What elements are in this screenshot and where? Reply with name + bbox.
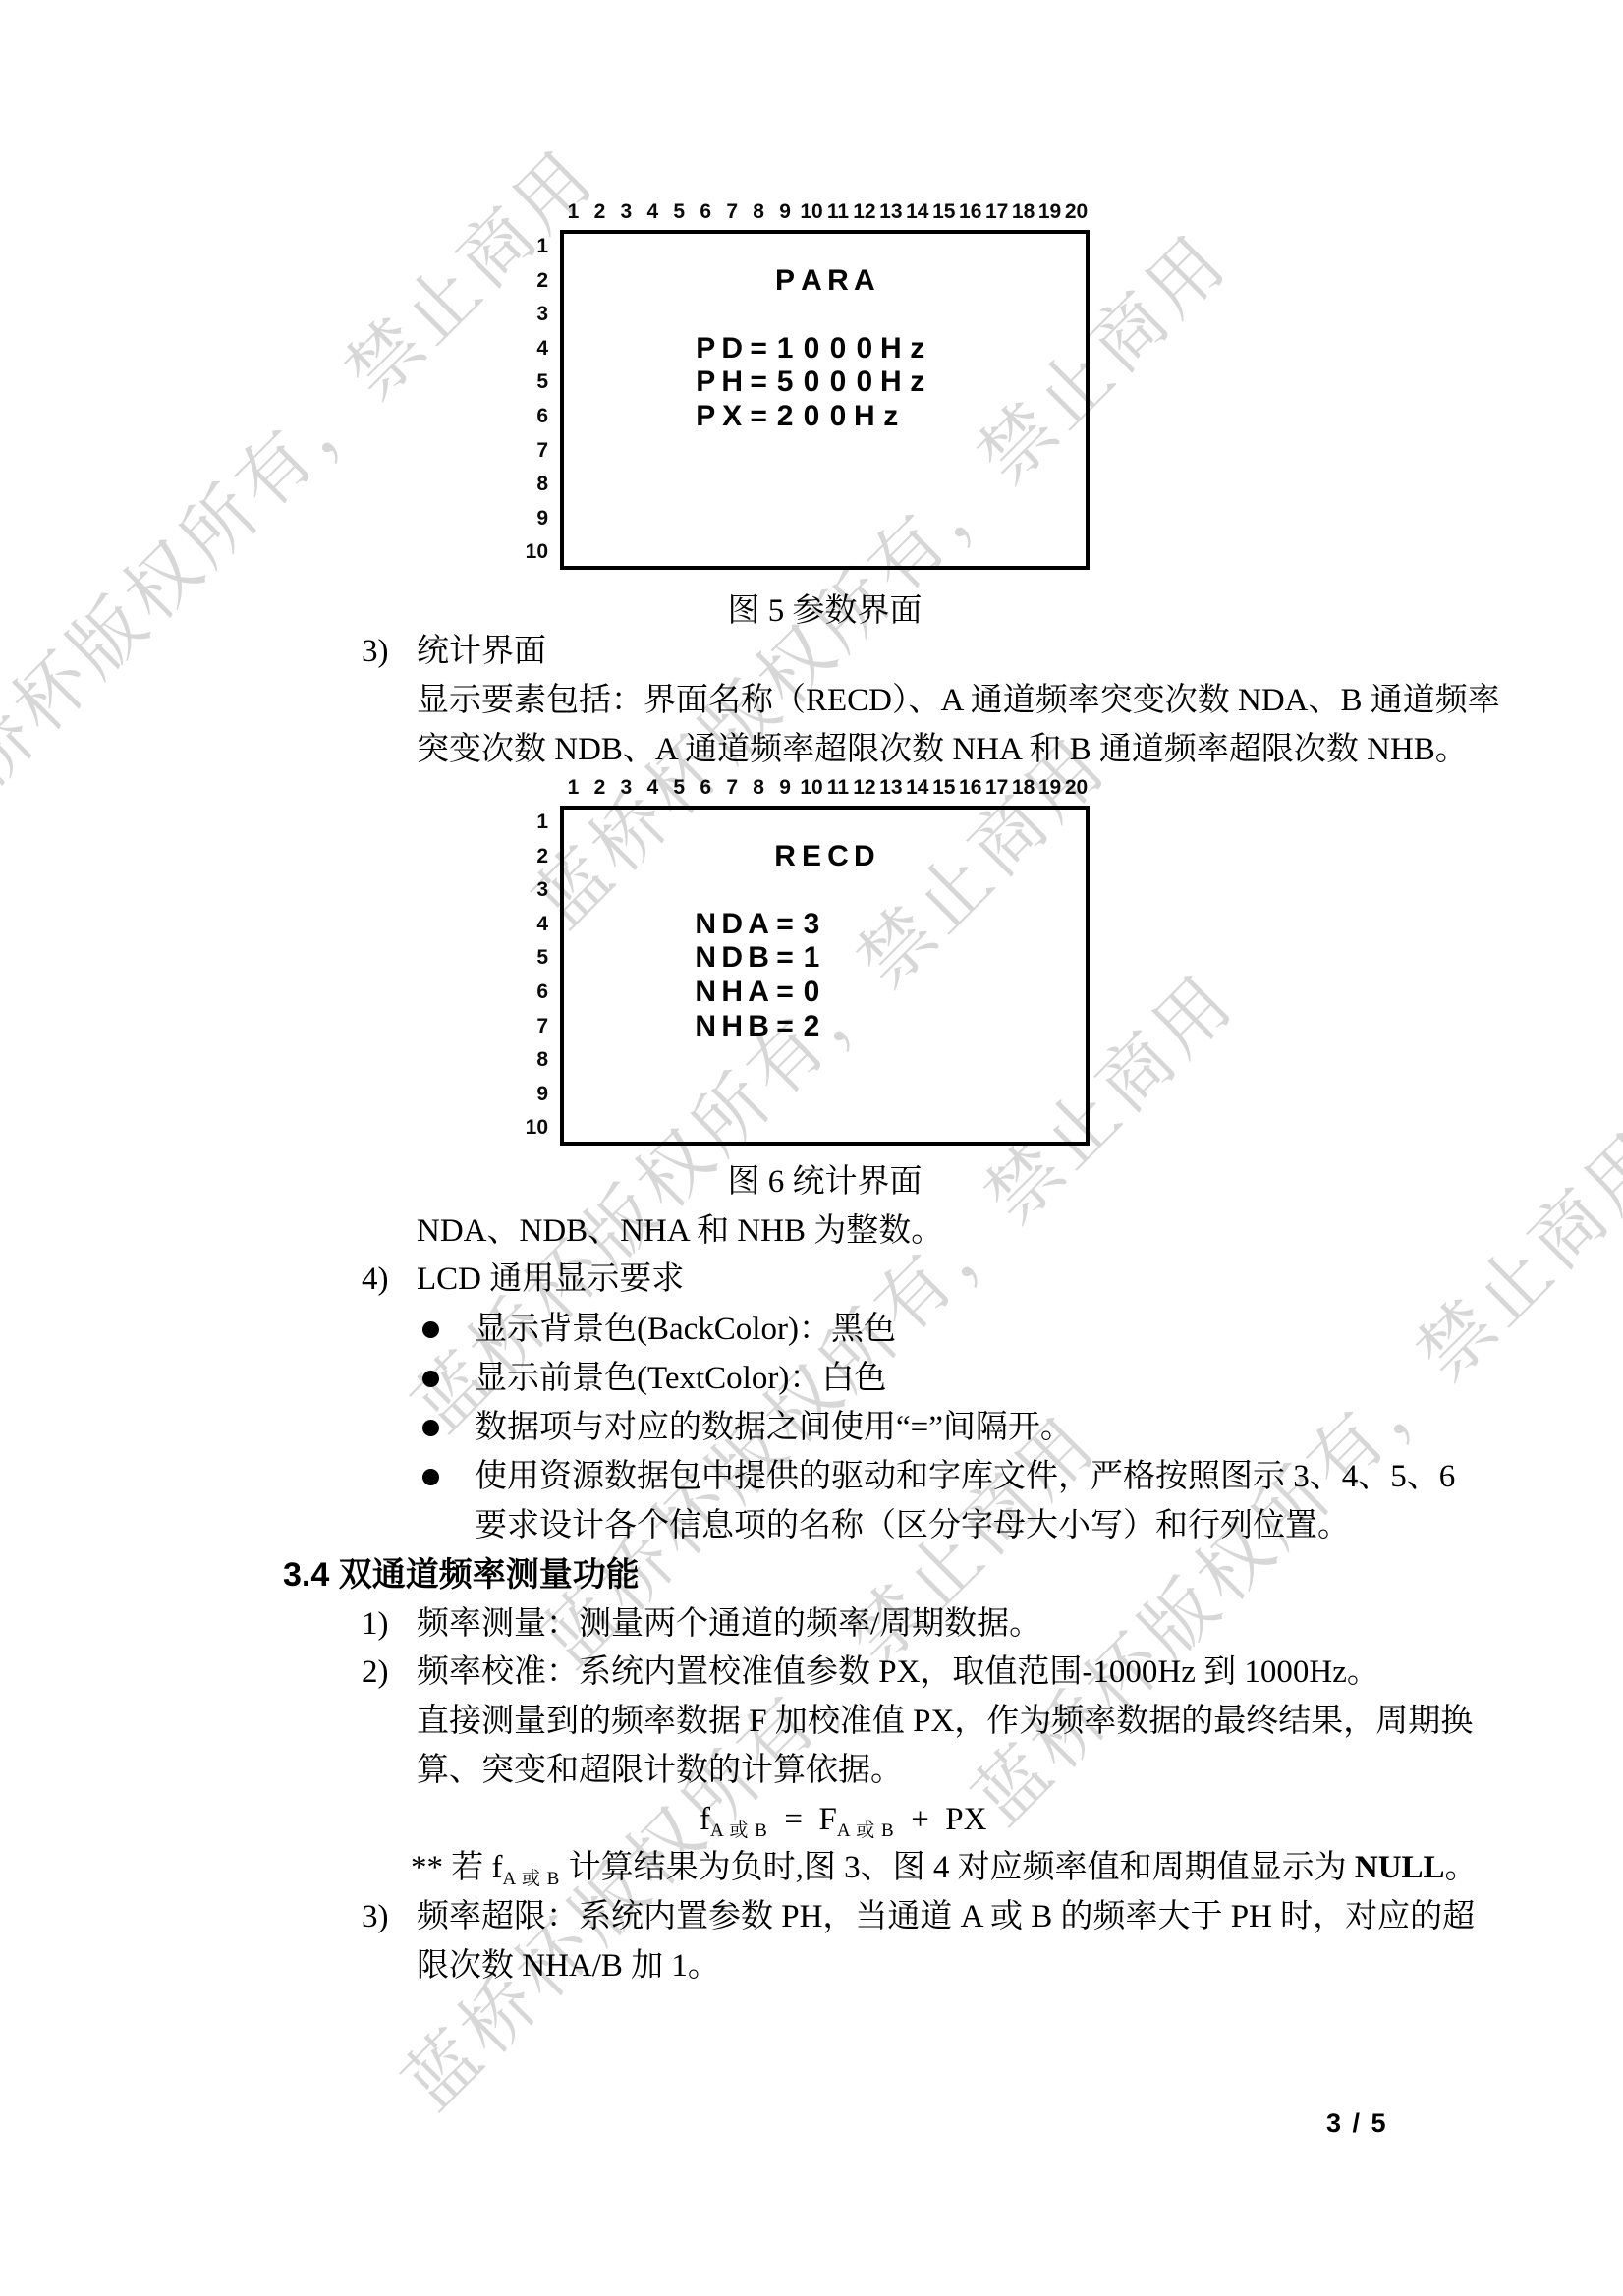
lcd-char: 0 xyxy=(851,332,877,366)
grid-col-number: 14 xyxy=(904,198,930,226)
figure-6-caption: 图 6 统计界面 xyxy=(560,1157,1090,1206)
lcd-char: N xyxy=(693,941,719,976)
figure-5-screen-text: PARA xyxy=(772,264,878,299)
lcd-char: H xyxy=(877,365,904,400)
item-2-cont-2: 算、突变和超限计数的计算依据。 xyxy=(417,1746,903,1795)
grid-col-number: 5 xyxy=(666,198,693,226)
lcd-char: A xyxy=(851,264,877,299)
lcd-char: P xyxy=(693,332,719,366)
grid-row-number: 9 xyxy=(499,502,548,536)
grid-row-number: 5 xyxy=(499,365,548,400)
item-2-text: 频率校准：系统内置校准值参数 PX，取值范围-1000Hz 到 1000Hz。 xyxy=(417,1648,1379,1697)
grid-col-number: 5 xyxy=(666,774,693,802)
figure-6-screen-text: NHB=2 xyxy=(693,1010,825,1044)
lcd-char: C xyxy=(824,840,851,874)
grid-col-number: 2 xyxy=(587,198,613,226)
lcd-char: A xyxy=(746,908,772,942)
lcd-char: H xyxy=(719,365,746,400)
grid-col-number: 4 xyxy=(640,198,666,226)
lcd-char: 0 xyxy=(824,332,851,366)
lcd-char: D xyxy=(719,941,746,976)
grid-col-number: 10 xyxy=(799,198,825,226)
grid-col-number: 17 xyxy=(983,198,1010,226)
lcd-char: = xyxy=(746,365,772,400)
subscript-text: A 或 B xyxy=(837,1820,895,1841)
lcd-char: B xyxy=(746,1010,772,1044)
bullet-resource-1: 使用资源数据包中提供的驱动和字库文件，严格按照图示 3、4、5、6 xyxy=(475,1452,1455,1501)
figure-6-screen-text: NHA=0 xyxy=(693,976,825,1010)
grid-col-number: 17 xyxy=(983,774,1010,802)
item-1-number: 1) xyxy=(362,1599,389,1649)
figure-5-screen-text: PD=1000Hz xyxy=(693,332,930,366)
grid-row-number: 8 xyxy=(499,1043,548,1078)
item-3b-number: 3) xyxy=(362,1892,389,1941)
figure-6-screen-text: NDB=1 xyxy=(693,941,825,976)
grid-col-number: 10 xyxy=(799,774,825,802)
document-page: 蓝桥杯版权所有，禁止商用蓝桥杯版权所有，禁止商用蓝桥杯版权所有，禁止商用蓝桥杯版… xyxy=(0,0,1623,2296)
grid-col-number: 7 xyxy=(719,198,746,226)
lcd-char: X xyxy=(719,400,746,434)
grid-col-number: 8 xyxy=(746,774,772,802)
grid-col-number: 6 xyxy=(693,774,719,802)
para-integer-note: NDA、NDB、NHA 和 NHB 为整数。 xyxy=(417,1206,943,1256)
lcd-char: P xyxy=(693,400,719,434)
grid-col-number: 8 xyxy=(746,198,772,226)
grid-row-number: 4 xyxy=(499,908,548,942)
grid-col-number: 16 xyxy=(957,198,983,226)
subscript-text: A 或 B xyxy=(503,1869,561,1889)
lcd-char: H xyxy=(851,400,877,434)
grid-col-number: 14 xyxy=(904,774,930,802)
lcd-char: = xyxy=(772,1010,799,1044)
lcd-char: 0 xyxy=(799,400,825,434)
grid-row-number: 3 xyxy=(499,298,548,332)
item-2-cont-1: 直接测量到的频率数据 F 加校准值 PX，作为频率数据的最终结果，周期换 xyxy=(417,1697,1473,1746)
grid-col-number: 19 xyxy=(1036,774,1063,802)
grid-row-number: 2 xyxy=(499,264,548,299)
lcd-char: R xyxy=(772,840,799,874)
para-recd-line-1: 显示要素包括：界面名称（RECD）、A 通道频率突变次数 NDA、B 通道频率 xyxy=(417,676,1500,725)
lcd-char: 0 xyxy=(799,976,825,1010)
figure-5-screen-text: PX=200Hz xyxy=(693,400,905,434)
item-4-text: LCD 通用显示要求 xyxy=(417,1255,684,1304)
lcd-char: H xyxy=(719,1010,746,1044)
item-2-number: 2) xyxy=(362,1648,389,1697)
grid-col-number: 3 xyxy=(613,774,640,802)
grid-col-number: 18 xyxy=(1010,198,1036,226)
grid-col-number: 12 xyxy=(851,774,877,802)
item-1-text: 频率测量：测量两个通道的频率/周期数据。 xyxy=(417,1599,1041,1649)
lcd-char: N xyxy=(693,908,719,942)
para-recd-line-2: 突变次数 NDB、A 通道频率超限次数 NHA 和 B 通道频率超限次数 NHB… xyxy=(417,725,1468,774)
lcd-char: 0 xyxy=(799,332,825,366)
grid-col-number: 3 xyxy=(613,198,640,226)
grid-row-number: 8 xyxy=(499,468,548,502)
lcd-char: 0 xyxy=(799,365,825,400)
lcd-char: P xyxy=(772,264,799,299)
bullet-dot-4 xyxy=(422,1469,439,1485)
grid-row-number: 3 xyxy=(499,873,548,908)
lcd-char: 1 xyxy=(772,332,799,366)
grid-row-number: 4 xyxy=(499,332,548,366)
lcd-char: z xyxy=(904,365,930,400)
lcd-char: = xyxy=(772,908,799,942)
grid-row-number: 1 xyxy=(499,806,548,840)
grid-row-number: 5 xyxy=(499,941,548,976)
lcd-char: = xyxy=(746,400,772,434)
grid-row-number: 9 xyxy=(499,1078,548,1112)
grid-row-number: 1 xyxy=(499,230,548,264)
lcd-char: = xyxy=(772,941,799,976)
grid-col-number: 1 xyxy=(560,198,587,226)
lcd-char: z xyxy=(877,400,904,434)
page-content: 1234567891011121314151617181920123456789… xyxy=(0,0,1623,2296)
item-3-number: 3) xyxy=(362,627,389,676)
lcd-char: N xyxy=(693,1010,719,1044)
item-3b-text: 频率超限：系统内置参数 PH，当通道 A 或 B 的频率大于 PH 时，对应的超 xyxy=(417,1892,1475,1941)
grid-col-number: 20 xyxy=(1063,774,1090,802)
subscript-text: A 或 B xyxy=(710,1820,768,1841)
grid-col-number: 1 xyxy=(560,774,587,802)
lcd-char: R xyxy=(824,264,851,299)
grid-col-number: 11 xyxy=(825,198,852,226)
item-3b-cont: 限次数 NHA/B 加 1。 xyxy=(417,1941,720,1990)
grid-row-number: 7 xyxy=(499,1010,548,1044)
lcd-char: D xyxy=(851,840,877,874)
grid-col-number: 2 xyxy=(587,774,613,802)
page-number: 3 / 5 xyxy=(1326,2108,1388,2139)
grid-col-number: 11 xyxy=(825,774,852,802)
lcd-char: P xyxy=(693,365,719,400)
lcd-char: 3 xyxy=(799,908,825,942)
grid-col-number: 18 xyxy=(1010,774,1036,802)
grid-col-number: 15 xyxy=(930,774,957,802)
grid-col-number: 4 xyxy=(640,774,666,802)
figure-5-screen-text: PH=5000Hz xyxy=(693,365,930,400)
lcd-char: 0 xyxy=(824,365,851,400)
bullet-dot-3 xyxy=(422,1420,439,1436)
lcd-char: A xyxy=(746,976,772,1010)
item-4-number: 4) xyxy=(362,1255,389,1304)
lcd-char: D xyxy=(719,908,746,942)
bullet-backcolor: 显示背景色(BackColor)：黑色 xyxy=(475,1305,896,1354)
grid-col-number: 9 xyxy=(772,198,799,226)
bullet-separator: 数据项与对应的数据之间使用“=”间隔开。 xyxy=(475,1403,1073,1452)
grid-row-number: 10 xyxy=(499,1111,548,1146)
grid-col-number: 9 xyxy=(772,774,799,802)
grid-row-number: 6 xyxy=(499,400,548,434)
bullet-resource-2: 要求设计各个信息项的名称（区分字母大小写）和行列位置。 xyxy=(475,1501,1350,1550)
lcd-char: 0 xyxy=(851,365,877,400)
grid-col-number: 19 xyxy=(1036,198,1063,226)
grid-row-number: 6 xyxy=(499,976,548,1010)
lcd-char: = xyxy=(772,976,799,1010)
bold-text: NULL xyxy=(1355,1850,1445,1885)
lcd-char: 1 xyxy=(799,941,825,976)
lcd-char: z xyxy=(904,332,930,366)
bullet-dot-1 xyxy=(422,1321,439,1338)
lcd-char: N xyxy=(693,976,719,1010)
bullet-dot-2 xyxy=(422,1371,439,1387)
lcd-char: 5 xyxy=(772,365,799,400)
figure-6-screen-text: RECD xyxy=(772,840,878,874)
lcd-char: E xyxy=(799,840,825,874)
lcd-char: H xyxy=(877,332,904,366)
lcd-char: A xyxy=(799,264,825,299)
lcd-char: 0 xyxy=(824,400,851,434)
lcd-char: D xyxy=(719,332,746,366)
section-heading-3-4: 3.4 双通道频率测量功能 xyxy=(283,1550,640,1599)
grid-col-number: 20 xyxy=(1063,198,1090,226)
grid-row-number: 2 xyxy=(499,840,548,874)
grid-col-number: 16 xyxy=(957,774,983,802)
bullet-textcolor: 显示前景色(TextColor)：白色 xyxy=(475,1354,886,1403)
lcd-char: B xyxy=(746,941,772,976)
lcd-char: H xyxy=(719,976,746,1010)
lcd-char: 2 xyxy=(772,400,799,434)
grid-row-number: 7 xyxy=(499,434,548,469)
grid-col-number: 15 xyxy=(930,198,957,226)
grid-col-number: 13 xyxy=(877,198,904,226)
grid-col-number: 12 xyxy=(851,198,877,226)
grid-col-number: 13 xyxy=(877,774,904,802)
figure-5-caption: 图 5 参数界面 xyxy=(560,587,1090,636)
grid-col-number: 7 xyxy=(719,774,746,802)
lcd-char: = xyxy=(746,332,772,366)
figure-6-screen-text: NDA=3 xyxy=(693,908,825,942)
lcd-char: 2 xyxy=(799,1010,825,1044)
grid-col-number: 6 xyxy=(693,198,719,226)
item-3-text: 统计界面 xyxy=(417,627,546,676)
grid-row-number: 10 xyxy=(499,535,548,570)
